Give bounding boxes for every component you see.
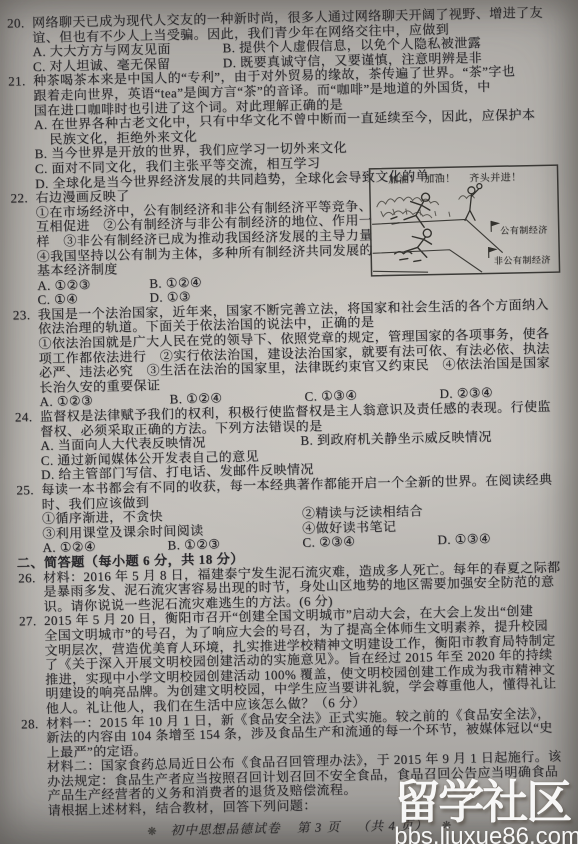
option-a: A. ①②④: [42, 539, 167, 556]
cheer-text: 加油！: [424, 172, 456, 186]
cartoon-drawing: 加油！ 加油！ 齐头并进！: [368, 164, 561, 278]
question-number: 24.: [15, 410, 33, 425]
runner-figure: [394, 229, 432, 262]
question-number: 20.: [7, 16, 25, 31]
scanned-exam-page: { "q20": { "no": "20.", "l1": "网络聊天已成为现代…: [0, 0, 578, 844]
question-number: 28.: [21, 717, 39, 732]
page-number: 第 3 页: [297, 820, 341, 835]
flower-deco-icon: ❋: [147, 825, 156, 837]
lane-label: 公有制经济: [500, 224, 548, 236]
exam-title: 初中思想品德试卷: [170, 821, 281, 837]
question-number: 26.: [18, 571, 36, 586]
total-pages: （共 4 页）: [356, 818, 428, 833]
cartoon-panel: 加油！ 加油！ 齐头并进！: [368, 164, 561, 278]
option-c: C. ②③④: [302, 533, 437, 550]
question-number: 25.: [16, 483, 34, 498]
lane-label: 非公有制经济: [494, 254, 551, 266]
option-d: D. ①③④: [437, 532, 491, 548]
question-28: 28. 材料一：2015 年 10 月 1 日，新《食品安全法》正式实施。较之前…: [20, 706, 576, 819]
question-24: 24. 监督权是法律赋予我们的权利，积极行使监督权是主人翁意识及责任感的表现。行…: [14, 399, 569, 483]
question-number: 23.: [13, 308, 31, 323]
flag-icon: [488, 221, 501, 258]
question-number: 21.: [8, 75, 26, 90]
track-lines: [372, 219, 503, 275]
question-number: 22.: [10, 191, 28, 206]
baton-figure: [464, 184, 482, 221]
question-23: 23. 我国是一个法治国家，近年来，国家不断完善立法，将国家和社会生活的各个方面…: [12, 297, 568, 410]
question-25: 25. 每读一本书都会有不同的收获，每一本经典著作都能开启一个全新的世界。在阅读…: [15, 472, 570, 556]
option-b: B. ①②③: [167, 536, 302, 553]
flower-deco-icon: ❋: [442, 820, 451, 832]
question-number: 27.: [19, 614, 37, 629]
question-27: 27. 2015 年 5 月 20 日，衡阳市召开“创建全国文明城市”启动大会，…: [18, 604, 574, 717]
question-22: 22. 右边漫画反映了 ①在市场经济中，公有制经济和非公有制经济平等竞争、 互相…: [9, 181, 565, 309]
banner-text: 齐头并进！: [469, 170, 522, 184]
cheer-text: 加油！: [388, 172, 420, 186]
exam-content: 20. 网络聊天已成为现代人交友的一种新时尚，很多人通过网络聊天开阔了视野、增进…: [0, 0, 578, 842]
